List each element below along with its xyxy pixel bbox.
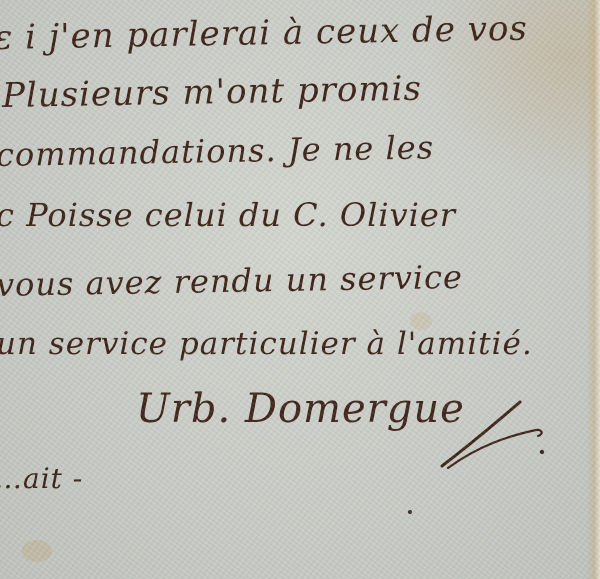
signature: Urb. Domergue — [136, 386, 465, 432]
letter-paper: ɛ i j'en parlerai à ceux de vos Plusieur… — [0, 0, 600, 579]
paper-edge-stain — [586, 0, 600, 579]
handwritten-line-2: Plusieurs m'ont promis — [2, 69, 423, 116]
handwritten-line-4: c Poisse celui du C. Olivier — [0, 196, 456, 234]
handwritten-line-8: …ait - — [0, 462, 83, 495]
handwritten-line-6: un service particulier à l'amitié. — [0, 326, 533, 362]
foxing-stain — [22, 540, 52, 562]
handwritten-line-1: ɛ i j'en parlerai à ceux de vos — [0, 9, 528, 58]
handwritten-line-5: vous avez rendu un service — [0, 258, 463, 304]
handwritten-line-3: commandations. Je ne les — [0, 128, 434, 174]
signature-flourish-icon — [438, 396, 548, 476]
ink-spot — [408, 510, 412, 514]
